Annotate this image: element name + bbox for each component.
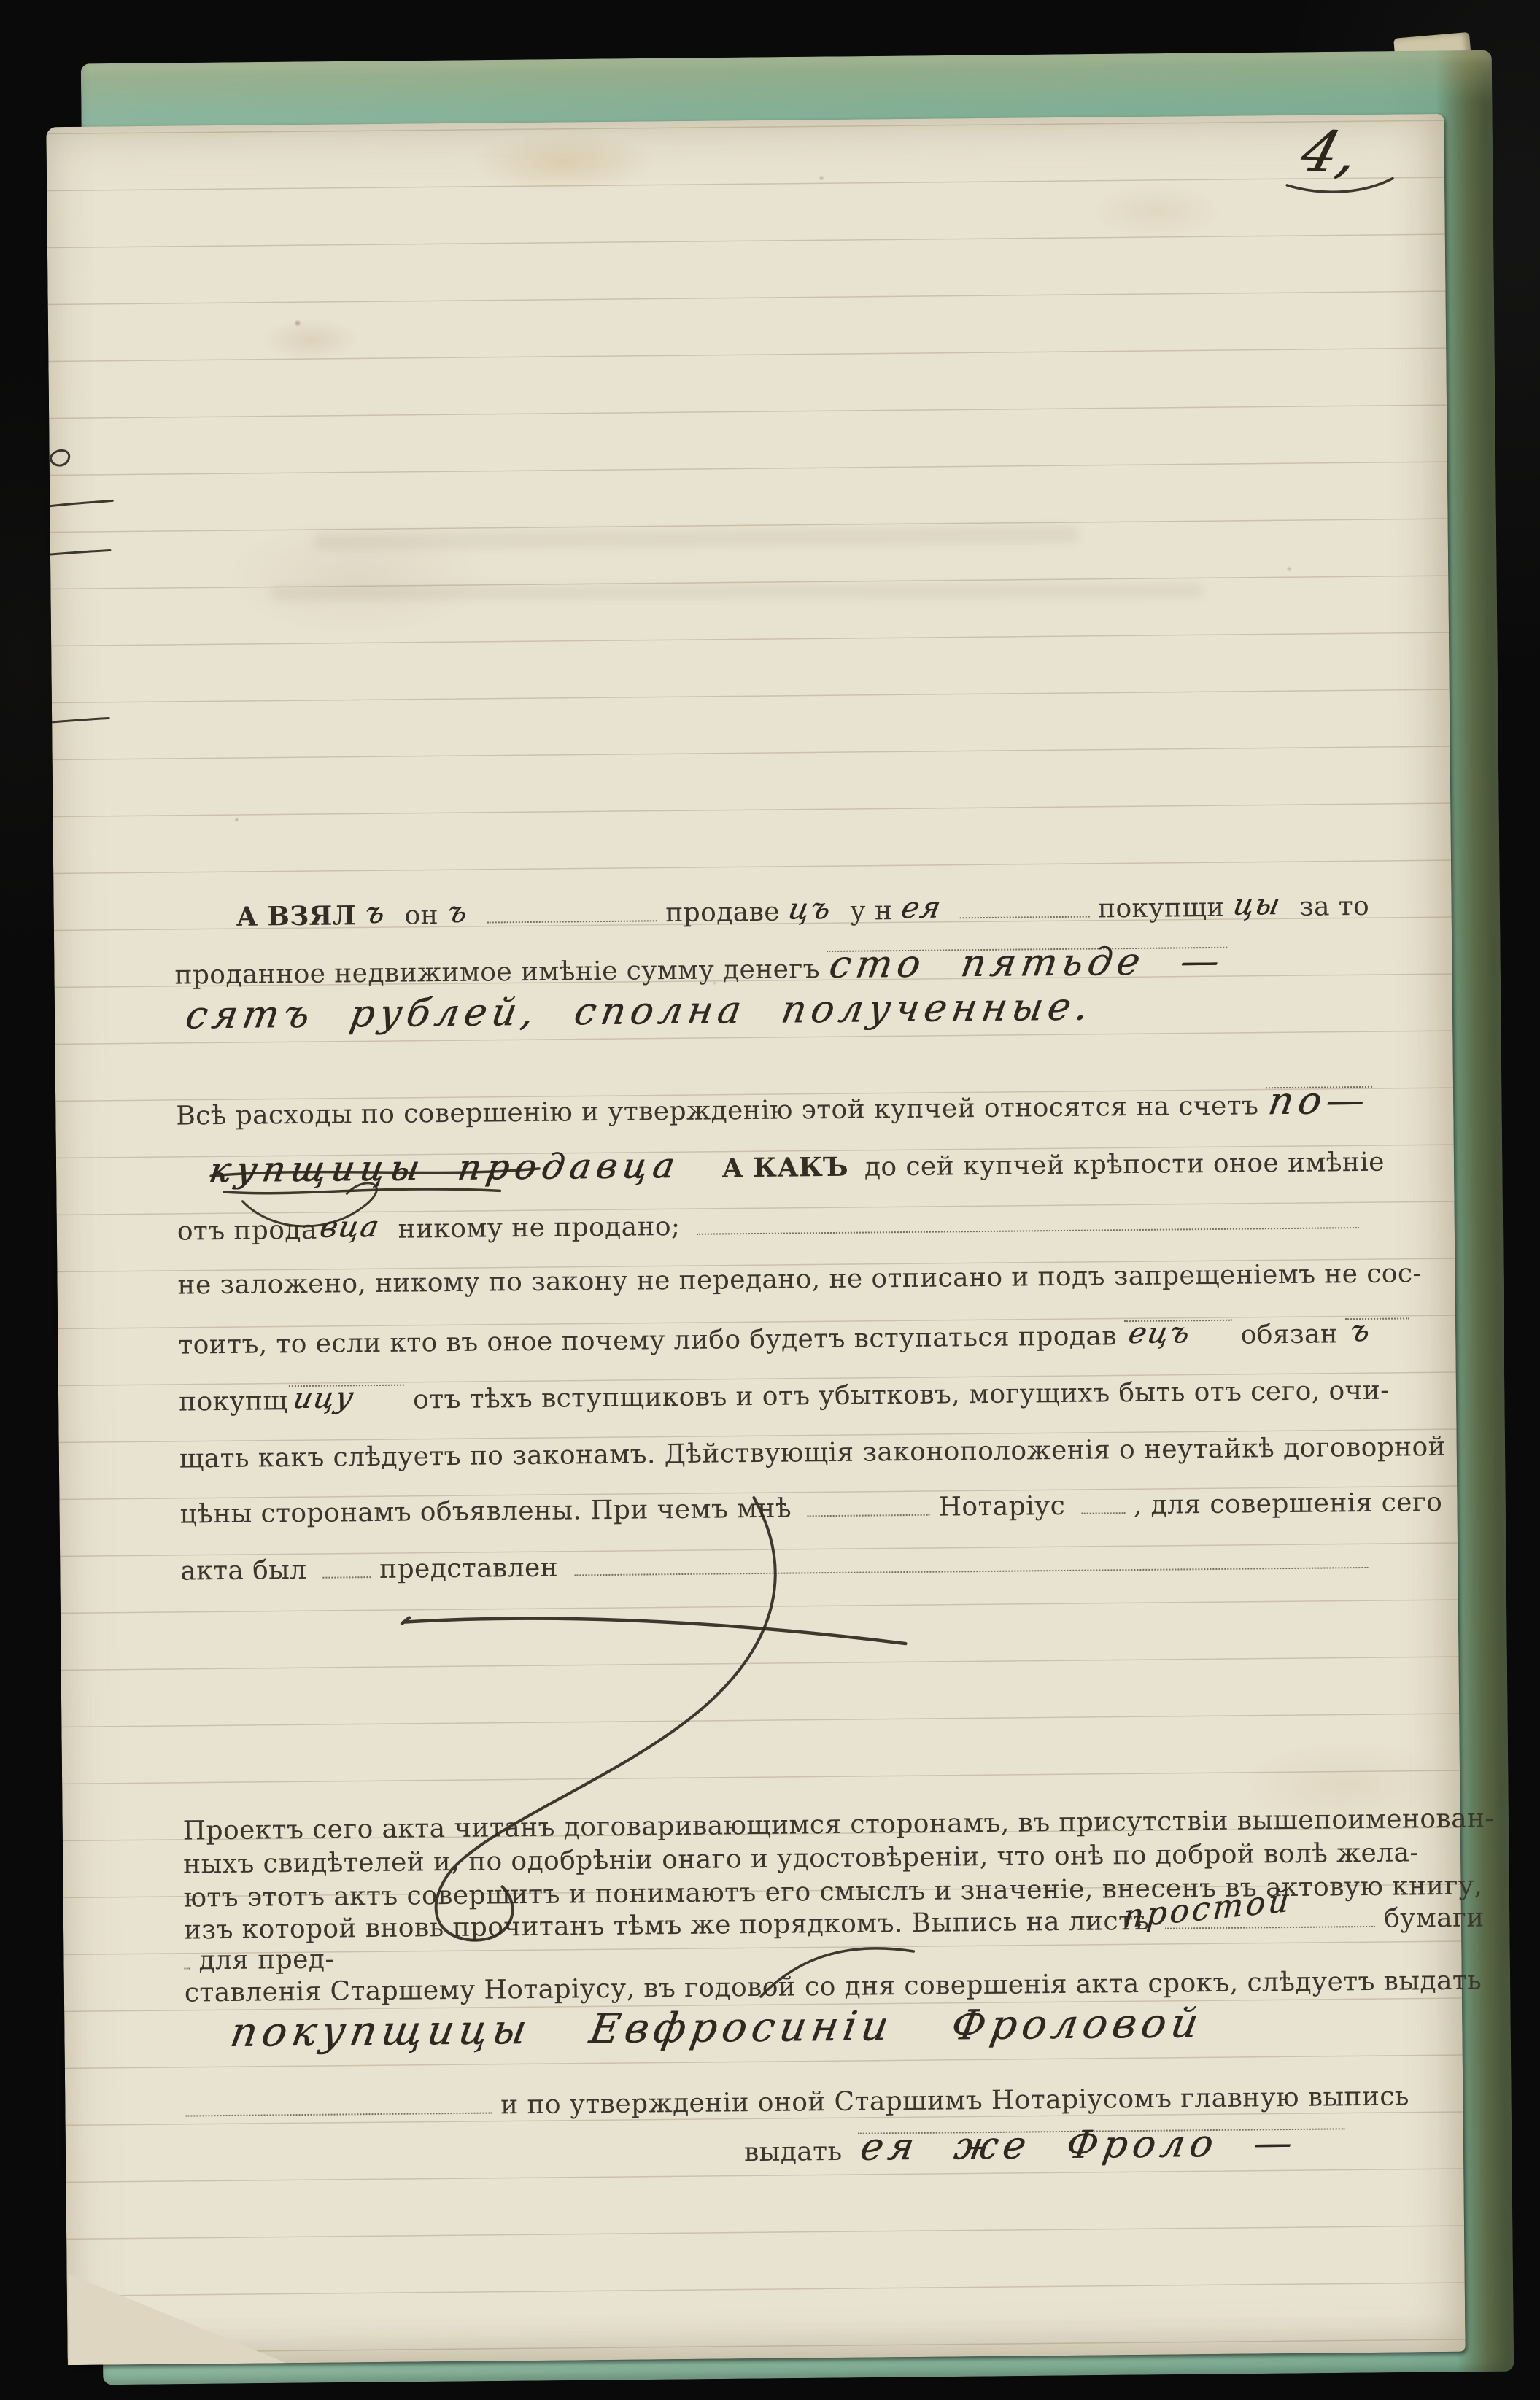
printed-text: отъ тѣхъ вступщиковъ и отъ убытковъ, мог… [413, 1376, 1390, 1415]
printed-text: представлен [379, 1553, 558, 1584]
margin-ink-loop [50, 450, 69, 465]
printed-text: обязан [1241, 1319, 1339, 1350]
printed-text: никому не продано; [398, 1212, 680, 1244]
blank-dotted-line: по— [1266, 1083, 1372, 1088]
handwritten-insert: ея [898, 890, 945, 926]
form-line-issue-to: выдать ея же Фроло — [744, 2125, 1346, 2168]
printed-text: Нотаріус [938, 1491, 1065, 1522]
printed-text: за то [1299, 891, 1370, 922]
blank-dotted-line [1081, 1509, 1125, 1514]
handwritten-insert: ъ [361, 896, 389, 931]
handwritten-sum: сто пятьде — [827, 944, 1227, 984]
printed-text: Всѣ расходы по совершенію и утвержденію … [176, 1090, 1258, 1131]
form-line-protect-buyer: покупщицу отъ тѣхъ вступщиковъ и отъ убы… [179, 1372, 1397, 1418]
printed-text: покупщи [1098, 893, 1225, 924]
bleed-through-smudge [269, 584, 1203, 600]
dog-ear-fold [66, 2228, 287, 2365]
printed-text: продаве [665, 897, 780, 929]
printed-text: до сей купчей крѣпости оное имѣніе [864, 1147, 1385, 1182]
form-line-notary: цѣны сторонамъ объявлены. При чемъ мнѣ Н… [179, 1487, 1450, 1530]
blank-dotted-line: сто пятьде — [827, 944, 1227, 952]
printed-text: А ВЗЯЛ [236, 900, 357, 932]
blank-dotted-line [808, 1511, 930, 1517]
handwritten-insert: цы [1230, 887, 1284, 923]
form-line-obligation: тоитъ, то если кто въ оное почему либо б… [178, 1315, 1409, 1360]
handwritten-text: сятъ рублей, сполна полученные. [183, 990, 1096, 1034]
handwritten-insert: цъ [786, 891, 835, 927]
form-line-expenses: Всѣ расходы по совершенію и утвержденію … [176, 1083, 1332, 1131]
margin-ink-dash-1 [47, 500, 112, 506]
handwritten-insert: по— [1266, 1083, 1372, 1120]
handwritten-insert: ъ [1347, 1314, 1374, 1349]
margin-ink-dash-2 [47, 550, 110, 554]
handwritten-insert: ъ [444, 895, 471, 930]
handwritten-text: покупщицы Евфросиніи Фроловой [228, 2004, 1206, 2052]
blank-dotted-line: ецъ [1124, 1317, 1232, 1322]
bleed-through-smudge [313, 526, 1079, 551]
form-line-not-pledged: не заложено, никому по закону не передан… [177, 1258, 1429, 1301]
handwritten-recipient-name: покупщицы Евфросиніи Фроловой [231, 2004, 1203, 2053]
printed-text: не заложено, никому по закону не передан… [177, 1258, 1422, 1300]
printed-text: покупщ [179, 1386, 288, 1417]
printed-text: выдать [744, 2137, 843, 2167]
blank-dotted-line [574, 1564, 1368, 1576]
form-line-corrected-party: купщицыпродавца А КАКЪ до сей купчей крѣ… [209, 1139, 1392, 1192]
form-line-sum-of-money: проданное недвижимое имѣніе сумму денегъ… [174, 942, 1331, 991]
margin-ink-dash-3 [49, 718, 109, 722]
printed-text: щать какъ слѣдуетъ по законамъ. Дѣйствую… [179, 1432, 1447, 1474]
handwritten-insert: ицу [290, 1380, 358, 1416]
printed-text: акта был [180, 1555, 307, 1587]
printed-text: проданное недвижимое имѣніе сумму денегъ [174, 953, 820, 991]
form-line-not-sold: отъ продавца никому не продано; [177, 1201, 1359, 1248]
scan-background: 4, А ВЗЯЛъ онъ продавецъ у нея покупщицы… [0, 0, 1540, 2400]
printed-text: он [404, 900, 438, 930]
printed-text: для пред- [198, 1944, 334, 1977]
handwritten-word: продавца [454, 1145, 683, 1190]
handwritten-insert: вца [317, 1209, 383, 1245]
printed-text: у н [850, 896, 892, 926]
blank-dotted-line [185, 1964, 190, 1969]
blank-dotted-line: ицу [289, 1382, 404, 1387]
blank-dotted-line: ея же Фроло — [858, 2125, 1345, 2134]
printed-text: , для совершенія сего [1134, 1487, 1443, 1520]
blank-dotted-line [487, 917, 657, 923]
form-line-main-copy: и по утвержденіи оной Старшимъ Нотаріусо… [185, 2080, 1417, 2124]
printed-text: отъ прода [177, 1215, 317, 1247]
page-number: 4, [1294, 118, 1367, 185]
handwritten-sum-continuation: сятъ рублей, сполна полученные. [186, 990, 1093, 1036]
printed-text: тоитъ, то если кто въ оное почему либо б… [178, 1321, 1117, 1360]
form-line-taken-by-seller: А ВЗЯЛъ онъ продавецъ у нея покупщицы за… [236, 888, 1377, 934]
printed-text: бумаги [1384, 1902, 1485, 1933]
handwritten-struck-word: купщицы [206, 1147, 428, 1192]
form-line-law-clause: щать какъ слѣдуетъ по законамъ. Дѣйствую… [179, 1431, 1454, 1475]
printed-text: А КАКЪ [721, 1152, 848, 1184]
printed-text: и по утвержденіи оной Старшимъ Нотаріусо… [500, 2081, 1409, 2120]
blank-cancel-horizontal-stroke [402, 1613, 905, 1649]
blank-dotted-line: ъ [1345, 1315, 1409, 1320]
blank-dotted-line [322, 1573, 371, 1579]
document-page: 4, А ВЗЯЛъ онъ продавецъ у нея покупщицы… [46, 114, 1465, 2365]
printed-text: цѣны сторонамъ объявлены. При чемъ мнѣ [179, 1494, 792, 1530]
handwritten-text: ея же Фроло — [858, 2126, 1300, 2166]
blank-dotted-line [696, 1224, 1358, 1235]
handwritten-insert: ецъ [1125, 1315, 1193, 1351]
blank-dotted-line [185, 2110, 492, 2117]
blank-dotted-line [959, 913, 1089, 919]
form-line-act-presented: акта был представлен [180, 1544, 1368, 1587]
